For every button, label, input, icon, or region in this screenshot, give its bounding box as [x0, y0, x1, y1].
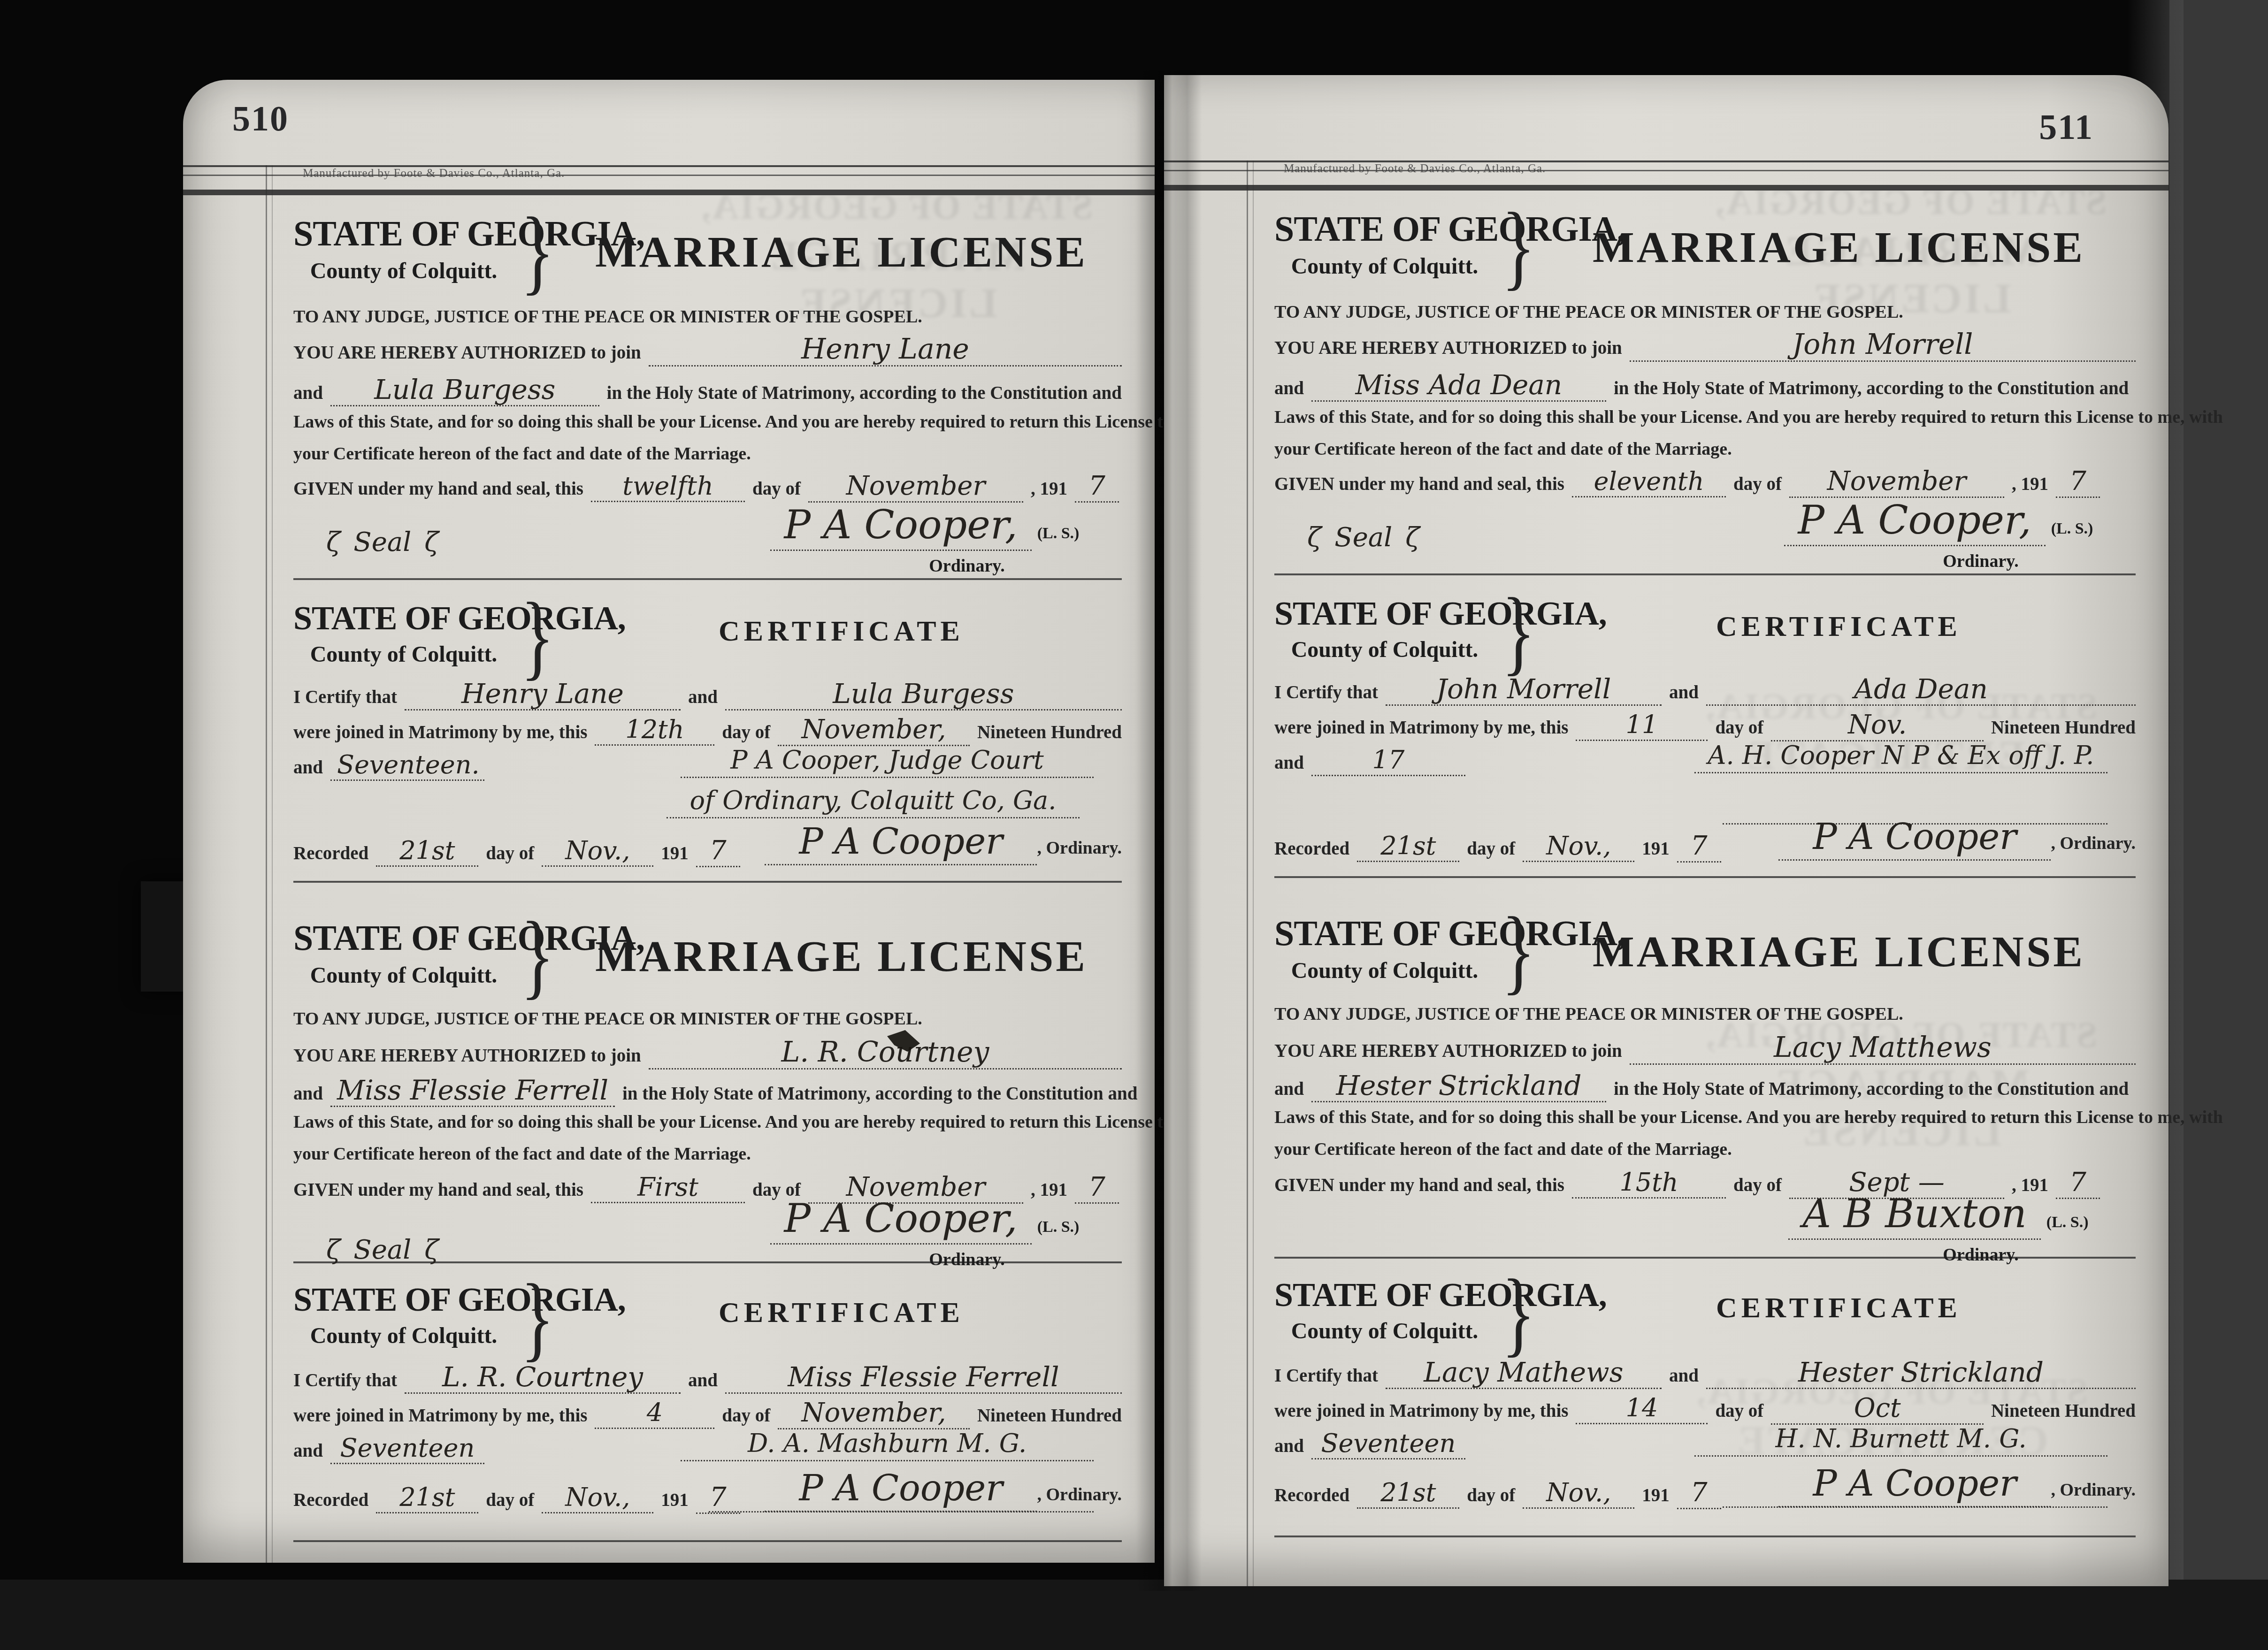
license-title: MARRIAGE LICENSE	[1542, 209, 2136, 273]
state-heading: STATE OF GEORGIA,	[1274, 1276, 1495, 1314]
groom-name: Lacy Matthews	[1630, 1033, 2136, 1065]
bride-name: Lula Burgess	[330, 375, 599, 406]
license-title: MARRIAGE LICENSE	[561, 918, 1122, 982]
manufacturer-imprint: Manufactured by Foote & Davies Co., Atla…	[1284, 162, 1546, 176]
recorded-month: Nov.,	[1523, 1480, 1634, 1509]
ordinary-signature: P A Cooper,	[770, 502, 1032, 551]
certificate-ref-line: your Certificate hereon of the fact and …	[293, 443, 1122, 464]
marriage-day: 4	[595, 1400, 714, 1429]
page-left: 510 Manufactured by Foote & Davies Co., …	[183, 80, 1155, 1563]
county-heading: County of Colquitt.	[1274, 1318, 1495, 1344]
ordinary-signature: P A Cooper	[1778, 1462, 2051, 1507]
county-heading: County of Colquitt.	[293, 1323, 514, 1349]
manufacturer-imprint: Manufactured by Foote & Davies Co., Atla…	[303, 167, 565, 180]
bride-name: Hester Strickland	[1311, 1071, 1606, 1102]
certificate-ref-line: your Certificate hereon of the fact and …	[293, 1144, 1122, 1164]
bride-name: Ada Dean	[1706, 675, 2136, 706]
groom-name: John Morrell	[1630, 330, 2136, 362]
bride-line: and Miss Ada Dean in the Holy State of M…	[1274, 371, 2136, 402]
recorded-row: Recorded 21st day of Nov., 191 7 P A Coo…	[293, 837, 1122, 884]
state-heading: STATE OF GEORGIA,	[293, 918, 514, 959]
ordinary-label: Ordinary.	[1831, 551, 2131, 572]
county-heading: County of Colquitt.	[1274, 958, 1495, 984]
brace-glyph: }	[1502, 900, 1535, 1001]
recorded-row: Recorded 21st day of Nov., 191 7 P A Coo…	[293, 1484, 1122, 1531]
license-year-digit: 7	[1075, 473, 1119, 503]
certificate-title: CERTIFICATE	[561, 1280, 1122, 1329]
certify-line: I Certify that Henry Lane and Lula Burge…	[293, 680, 1122, 710]
given-line: GIVEN under my hand and seal, this twelf…	[293, 473, 1122, 503]
groom-name: Henry Lane	[649, 335, 1122, 367]
signature-row: Seal P A Cooper,(L. S.) Ordinary.	[293, 1192, 1122, 1272]
county-heading: County of Colquitt.	[293, 258, 514, 284]
recorded-year-digit: 7	[696, 837, 740, 867]
brace-glyph: }	[521, 200, 554, 302]
groom-name: L. R. Courtney	[405, 1363, 681, 1394]
license-year-digit: 7	[2056, 468, 2100, 498]
state-heading: STATE OF GEORGIA,	[1274, 209, 1495, 250]
ls-label: (L. S.)	[2046, 1214, 2089, 1231]
certificate-section: STATE OF GEORGIA, County of Colquitt. } …	[293, 580, 1122, 883]
ls-label: (L. S.)	[1037, 525, 1080, 542]
signature-row: Seal P A Cooper,(L. S.) Ordinary.	[1274, 494, 2136, 574]
bride-name: Lula Burgess	[725, 680, 1122, 710]
license-title: MARRIAGE LICENSE	[1542, 913, 2136, 977]
certificate-section: STATE OF GEORGIA, County of Colquitt. } …	[1274, 575, 2136, 878]
section-header: STATE OF GEORGIA, County of Colquitt. } …	[293, 599, 1122, 674]
recorded-year-digit: 7	[1677, 1479, 1721, 1509]
book-edge-panel	[2169, 0, 2268, 1650]
section-header: STATE OF GEORGIA, County of Colquitt. } …	[293, 214, 1122, 289]
brace-glyph: }	[1502, 1262, 1535, 1364]
signature-row: Seal P A Cooper,(L. S.) Ordinary.	[293, 499, 1122, 579]
recorded-year-digit: 7	[696, 1484, 740, 1514]
certificate-section: STATE OF GEORGIA, County of Colquitt. } …	[1274, 1259, 2136, 1537]
section-header: STATE OF GEORGIA, County of Colquitt. } …	[1274, 1276, 2136, 1351]
year-officiant-line: and Seventeen D. A. Mashburn M. G.	[293, 1435, 1122, 1464]
marriage-year-words: 17	[1311, 747, 1465, 776]
certificate-title: CERTIFICATE	[1542, 1276, 2136, 1325]
certificate-ref-line: your Certificate hereon of the fact and …	[1274, 439, 2136, 459]
license-day: twelfth	[591, 473, 745, 502]
license-day: eleventh	[1572, 468, 1726, 497]
certify-line: I Certify that John Morrell and Ada Dean	[1274, 675, 2136, 706]
authorized-line: YOU ARE HEREBY AUTHORIZED to join John M…	[1274, 330, 2136, 362]
state-heading: STATE OF GEORGIA,	[293, 214, 514, 254]
ordinary-signature: P A Cooper	[765, 1467, 1037, 1512]
marriage-day: 14	[1576, 1395, 1708, 1424]
matrimony-label: in the Holy State of Matrimony, accordin…	[607, 382, 1122, 404]
marriage-month: November,	[778, 716, 970, 746]
ordinary-signature: P A Cooper	[1778, 816, 2051, 861]
marriage-day: 11	[1576, 712, 1708, 741]
seal-scribble: Seal	[326, 527, 439, 558]
groom-name: John Morrell	[1386, 675, 1662, 706]
section-header: STATE OF GEORGIA, County of Colquitt. } …	[293, 918, 1122, 993]
bride-name: Miss Ada Dean	[1311, 371, 1606, 402]
groom-name: Lacy Mathews	[1386, 1358, 1662, 1389]
recorded-day: 21st	[376, 1484, 478, 1513]
license-month: November	[808, 473, 1023, 503]
brace-glyph: }	[1502, 196, 1535, 297]
brace-glyph: }	[1502, 581, 1535, 682]
recorded-row: Recorded 21st day of Nov., 191 7 P A Coo…	[1274, 833, 2136, 879]
signature-row: A B Buxton(L. S.) Ordinary.	[1274, 1188, 2136, 1268]
section-header: STATE OF GEORGIA, County of Colquitt. } …	[1274, 594, 2136, 669]
laws-line: Laws of this State, and for so doing thi…	[293, 1112, 1122, 1132]
year-officiant-line: and 17 A. H. Cooper N P & Ex off J. P.	[1274, 747, 2136, 776]
license-month: November	[1789, 468, 2004, 498]
joined-line: were joined in Matrimony by me, this 12t…	[293, 716, 1122, 746]
laws-line: Laws of this State, and for so doing thi…	[1274, 1107, 2136, 1128]
laws-line: Laws of this State, and for so doing thi…	[293, 412, 1122, 432]
county-heading: County of Colquitt.	[1274, 253, 1495, 279]
brace-glyph: }	[521, 1267, 554, 1368]
backdrop-bottom	[0, 1580, 2268, 1650]
joined-line: were joined in Matrimony by me, this 4 d…	[293, 1399, 1122, 1429]
groom-name: Henry Lane	[405, 680, 681, 710]
bride-name: Hester Strickland	[1706, 1358, 2136, 1389]
certify-line: I Certify that Lacy Mathews and Hester S…	[1274, 1358, 2136, 1389]
marriage-license-section: STATE OF GEORGIA, County of Colquitt. } …	[293, 214, 1122, 580]
section-header: STATE OF GEORGIA, County of Colquitt. } …	[1274, 209, 2136, 284]
judge-line: TO ANY JUDGE, JUSTICE OF THE PEACE OR MI…	[293, 1008, 1122, 1029]
state-heading: STATE OF GEORGIA,	[1274, 594, 1495, 633]
year-officiant-line: and Seventeen H. N. Burnett M. G.	[1274, 1430, 2136, 1459]
marriage-license-section: STATE OF GEORGIA, County of Colquitt. } …	[293, 883, 1122, 1263]
joined-line: were joined in Matrimony by me, this 14 …	[1274, 1395, 2136, 1425]
judge-line: TO ANY JUDGE, JUSTICE OF THE PEACE OR MI…	[1274, 1004, 2136, 1024]
marriage-month: Oct	[1771, 1395, 1984, 1425]
county-heading: County of Colquitt.	[1274, 637, 1495, 663]
ls-label: (L. S.)	[1037, 1218, 1080, 1236]
authorized-line: YOU ARE HEREBY AUTHORIZED to join L. R. …	[293, 1038, 1122, 1069]
state-heading: STATE OF GEORGIA,	[293, 1280, 514, 1319]
authorized-label: YOU ARE HEREBY AUTHORIZED to join	[293, 342, 641, 363]
section-header: STATE OF GEORGIA, County of Colquitt. } …	[1274, 913, 2136, 988]
ordinary-signature: P A Cooper,	[770, 1195, 1032, 1245]
ordinary-signature: P A Cooper,	[1784, 497, 2046, 546]
certificate-ref-line: your Certificate hereon of the fact and …	[1274, 1139, 2136, 1160]
section-header: STATE OF GEORGIA, County of Colquitt. } …	[293, 1280, 1122, 1355]
page-content: STATE OF GEORGIA, County of Colquitt. } …	[1164, 209, 2168, 1586]
recorded-month: Nov.,	[542, 838, 653, 867]
recorded-day: 21st	[376, 838, 478, 867]
marriage-month: Nov.	[1771, 711, 1984, 741]
brace-glyph: }	[521, 586, 554, 687]
joined-line: were joined in Matrimony by me, this 11 …	[1274, 711, 2136, 741]
authorized-line: YOU ARE HEREBY AUTHORIZED to join Henry …	[293, 335, 1122, 367]
ordinary-signature: A B Buxton	[1788, 1191, 2040, 1240]
brace-glyph: }	[521, 905, 554, 1006]
page-content: STATE OF GEORGIA, County of Colquitt. } …	[183, 214, 1155, 1563]
county-heading: County of Colquitt.	[293, 962, 514, 988]
bride-line: and Lula Burgess in the Holy State of Ma…	[293, 375, 1122, 406]
bride-name: Miss Flessie Ferrell	[725, 1363, 1122, 1394]
recorded-month: Nov.,	[1523, 833, 1634, 862]
ordinary-signature: P A Cooper	[765, 820, 1037, 865]
marriage-year-words: Seventeen.	[330, 752, 484, 781]
page-gutter-shadow	[1136, 70, 1202, 1591]
officiant-signature-2: of Ordinary, Colquitt Co, Ga.	[667, 786, 1080, 818]
marriage-month: November,	[778, 1399, 970, 1429]
license-title: MARRIAGE LICENSE	[561, 214, 1122, 277]
ordinary-label: Ordinary.	[817, 556, 1117, 576]
groom-name: L. R. Courtney	[649, 1038, 1122, 1069]
page-number: 510	[232, 99, 289, 139]
recorded-row: Recorded 21st day of Nov., 191 7 P A Coo…	[1274, 1479, 2136, 1526]
page-right: 511 Manufactured by Foote & Davies Co., …	[1164, 75, 2168, 1586]
authorized-line: YOU ARE HEREBY AUTHORIZED to join Lacy M…	[1274, 1033, 2136, 1065]
seal-scribble: Seal	[1307, 522, 1420, 553]
officiant-signature: P A Cooper, Judge Court	[681, 745, 1094, 778]
laws-line: Laws of this State, and for so doing thi…	[1274, 407, 2136, 428]
county-heading: County of Colquitt.	[293, 642, 514, 667]
recorded-day: 21st	[1357, 833, 1459, 862]
certificate-section: STATE OF GEORGIA, County of Colquitt. } …	[293, 1263, 1122, 1542]
state-heading: STATE OF GEORGIA,	[293, 599, 514, 638]
recorded-year-digit: 7	[1677, 833, 1721, 863]
officiant-signature: D. A. Mashburn M. G.	[681, 1428, 1094, 1461]
marriage-license-section: STATE OF GEORGIA, County of Colquitt. } …	[1274, 209, 2136, 575]
marriage-license-section: STATE OF GEORGIA, County of Colquitt. } …	[1274, 878, 2136, 1259]
given-line: GIVEN under my hand and seal, this eleve…	[1274, 468, 2136, 498]
year-officiant-line: and Seventeen. P A Cooper, Judge Court	[293, 752, 1122, 781]
recorded-day: 21st	[1357, 1480, 1459, 1509]
certificate-title: CERTIFICATE	[1542, 594, 2136, 643]
bride-name: Miss Flessie Ferrell	[330, 1076, 615, 1107]
marriage-day: 12th	[595, 717, 714, 746]
certify-line: I Certify that L. R. Courtney and Miss F…	[293, 1363, 1122, 1394]
ls-label: (L. S.)	[2051, 520, 2093, 537]
marriage-year-words: Seventeen	[330, 1435, 484, 1464]
bride-line: and Hester Strickland in the Holy State …	[1274, 1071, 2136, 1102]
page-number: 511	[2039, 107, 2093, 148]
judge-line: TO ANY JUDGE, JUSTICE OF THE PEACE OR MI…	[293, 306, 1122, 327]
recorded-month: Nov.,	[542, 1484, 653, 1513]
officiant-signature: H. N. Burnett M. G.	[1694, 1424, 2107, 1457]
seal-scribble: Seal	[326, 1235, 439, 1265]
state-heading: STATE OF GEORGIA,	[1274, 913, 1495, 954]
officiant-signature: A. H. Cooper N P & Ex off J. P.	[1694, 741, 2107, 773]
bride-line: and Miss Flessie Ferrell in the Holy Sta…	[293, 1076, 1122, 1107]
judge-line: TO ANY JUDGE, JUSTICE OF THE PEACE OR MI…	[1274, 302, 2136, 322]
marriage-year-words: Seventeen	[1311, 1430, 1465, 1459]
certificate-title: CERTIFICATE	[561, 599, 1122, 648]
